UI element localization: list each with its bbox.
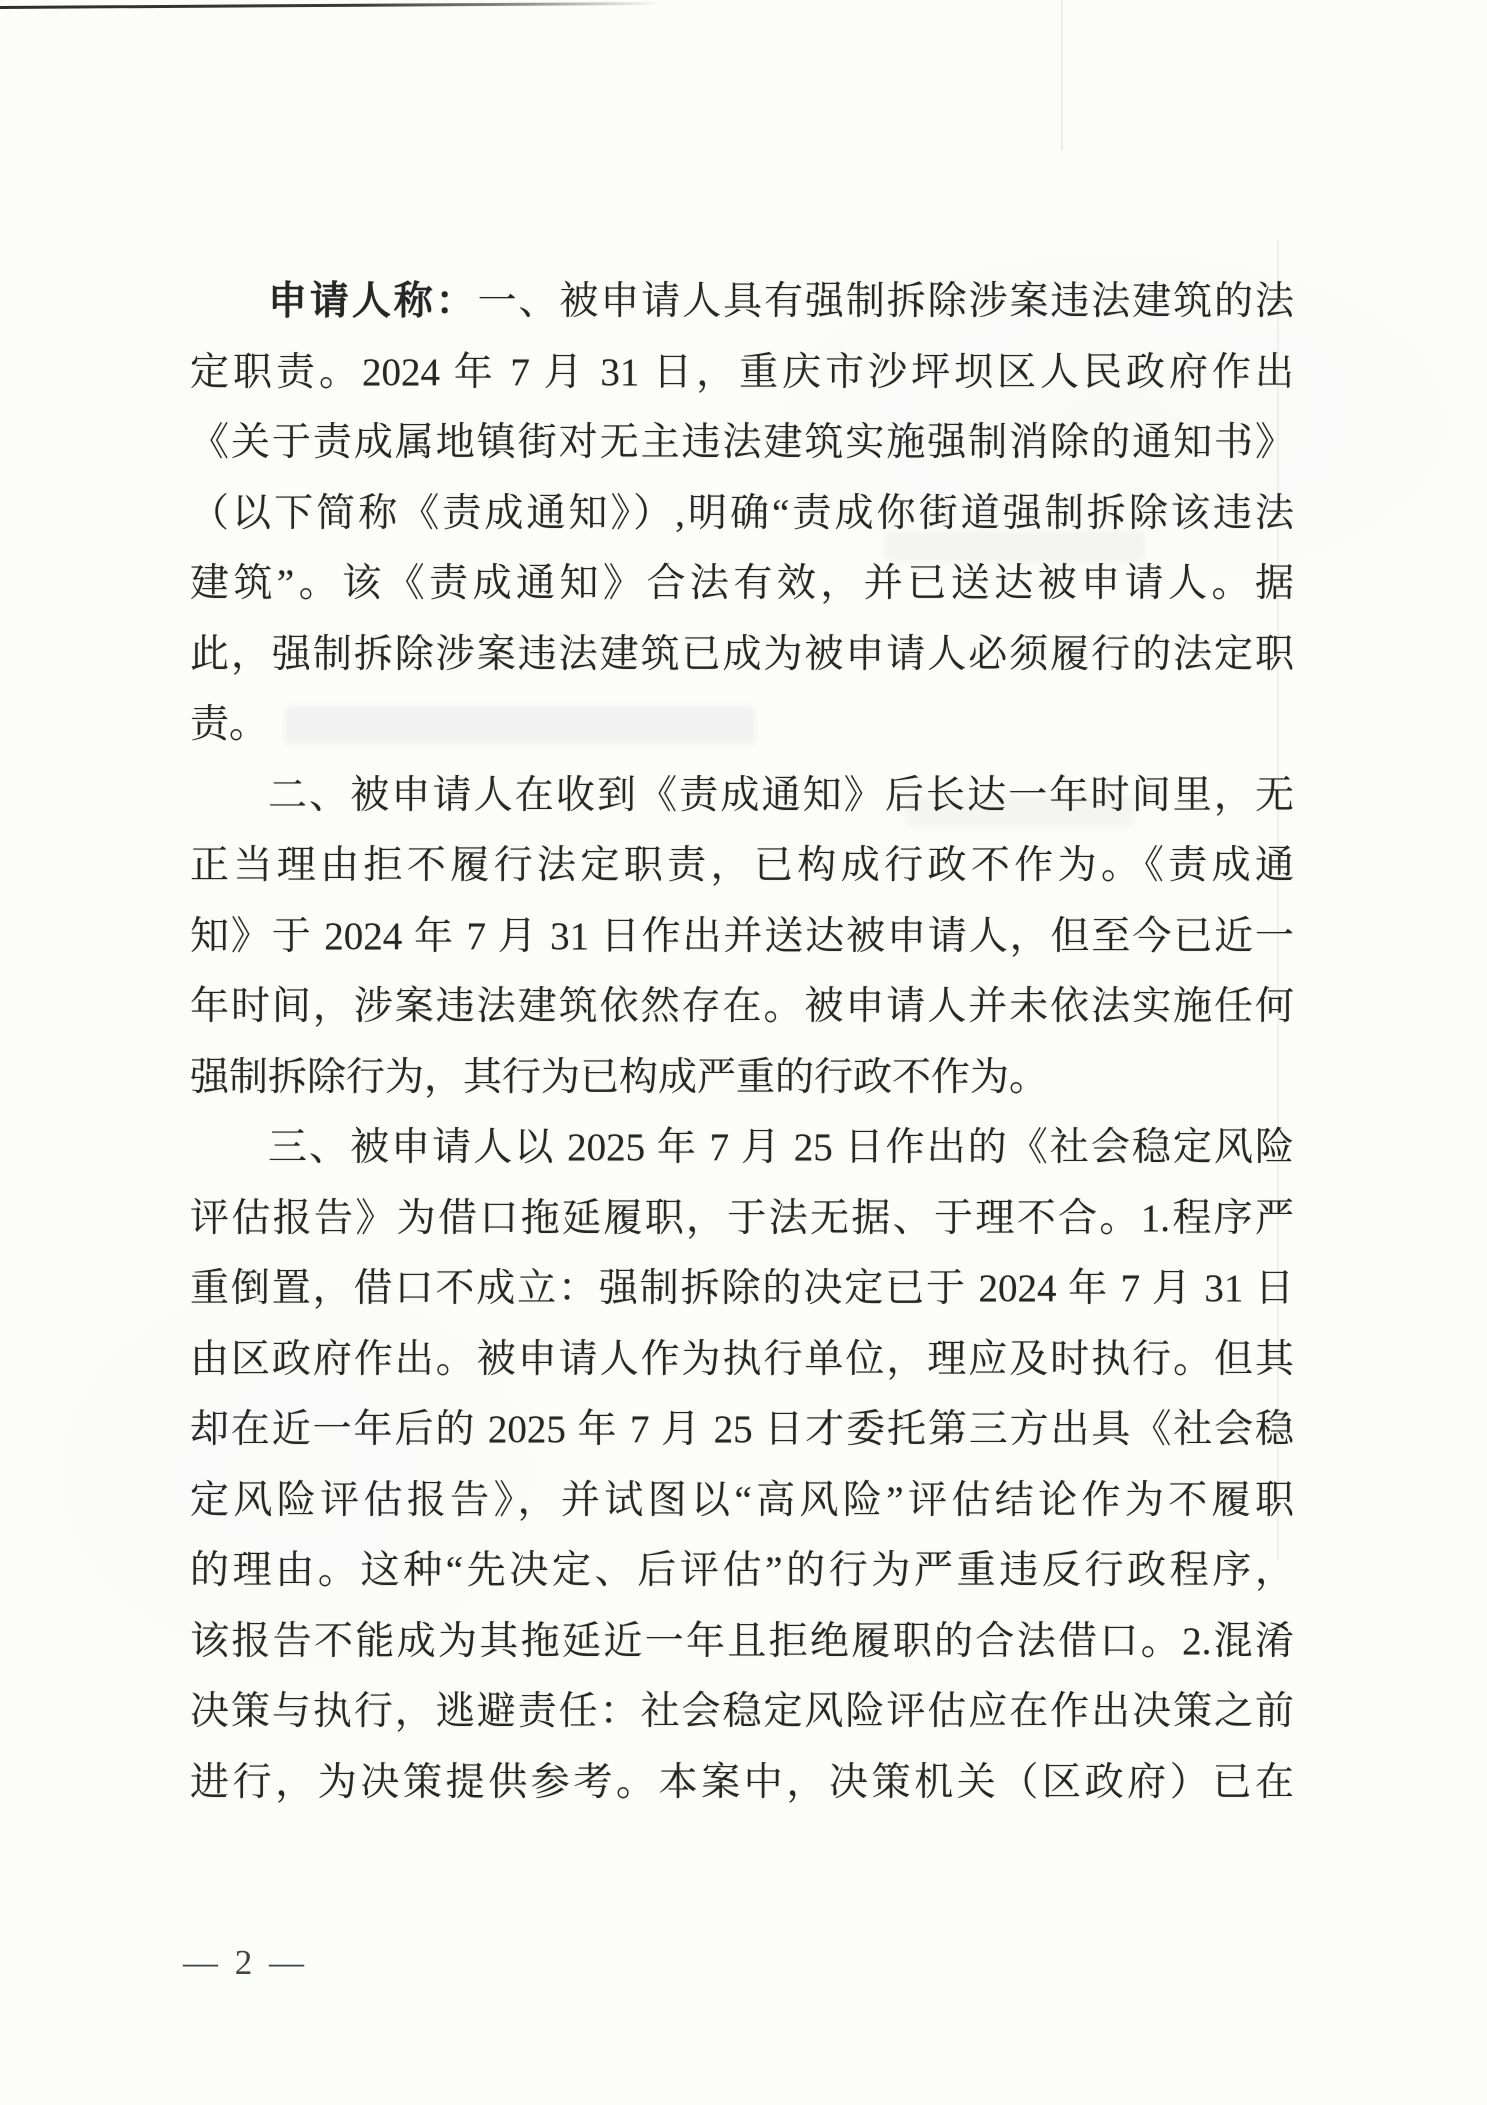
paragraph-lead: 申请人称： [268,280,478,323]
document-line: 决策与执行，逃避责任：社会稳定风险评估应在作出决策之前 [190,1677,1294,1748]
document-body: 申请人称：一、被申请人具有强制拆除涉案违法建筑的法定职责。2024 年 7 月 … [190,267,1294,1818]
paper-crease [1061,0,1063,150]
document-line: 知》于 2024 年 7 月 31 日作出并送达被申请人，但至今已近一 [190,902,1294,973]
document-line: 责。 [190,690,1294,761]
document-line: 重倒置，借口不成立：强制拆除的决定已于 2024 年 7 月 31 日 [190,1254,1294,1325]
document-line: （以下简称《责成通知》）,明确“责成你街道强制拆除该违法 [190,479,1294,550]
document-line: 三、被申请人以 2025 年 7 月 25 日作出的《社会稳定风险 [190,1113,1294,1184]
scan-edge-artifact [0,2,659,9]
document-line: 定职责。2024 年 7 月 31 日，重庆市沙坪坝区人民政府作出 [190,338,1294,409]
document-line: 年时间，涉案违法建筑依然存在。被申请人并未依法实施任何 [190,972,1294,1043]
document-line: 强制拆除行为，其行为已构成严重的行政不作为。 [190,1043,1294,1114]
document-line: 正当理由拒不履行法定职责，已构成行政不作为。《责成通 [190,831,1294,902]
page-number: — 2 — [183,1943,308,1982]
document-line: 由区政府作出。被申请人作为执行单位，理应及时执行。但其 [190,1325,1294,1396]
document-line: 的理由。这种“先决定、后评估”的行为严重违反行政程序， [190,1536,1294,1607]
document-line: 建筑”。该《责成通知》合法有效，并已送达被申请人。据 [190,549,1294,620]
document-line: 《关于责成属地镇街对无主违法建筑实施强制消除的通知书》 [190,408,1294,479]
page-footer: — 2 — [183,1943,308,1983]
document-line: 此，强制拆除涉案违法建筑已成为被申请人必须履行的法定职 [190,620,1294,691]
document-line: 二、被申请人在收到《责成通知》后长达一年时间里，无 [190,761,1294,832]
document-line: 评估报告》为借口拖延履职，于法无据、于理不合。1.程序严 [190,1184,1294,1255]
document-line: 却在近一年后的 2025 年 7 月 25 日才委托第三方出具《社会稳 [190,1395,1294,1466]
document-line: 进行，为决策提供参考。本案中，决策机关（区政府）已在 [190,1748,1294,1819]
document-line: 申请人称：一、被申请人具有强制拆除涉案违法建筑的法 [190,267,1294,338]
document-line: 该报告不能成为其拖延近一年且拒绝履职的合法借口。2.混淆 [190,1607,1294,1678]
document-page: 申请人称：一、被申请人具有强制拆除涉案违法建筑的法定职责。2024 年 7 月 … [0,0,1487,2105]
document-line: 定风险评估报告》，并试图以“高风险”评估结论作为不履职 [190,1466,1294,1537]
